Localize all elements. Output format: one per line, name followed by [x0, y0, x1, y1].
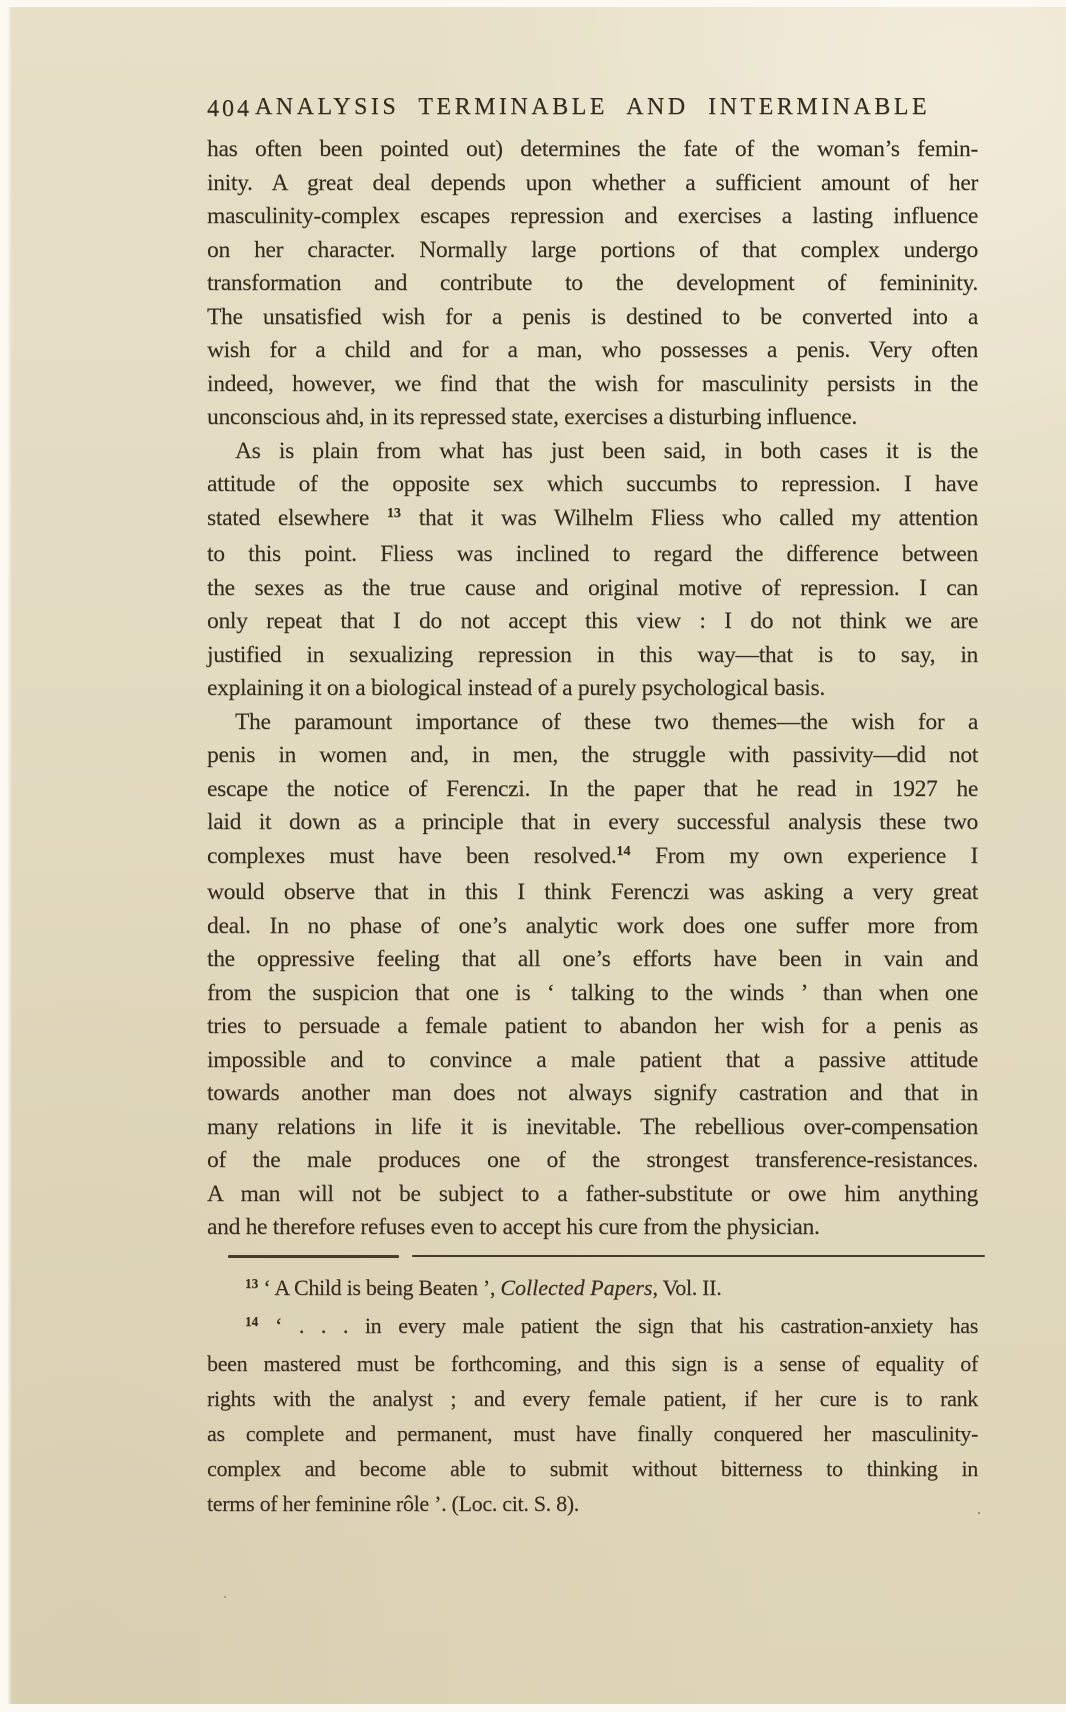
text-line: justified in sexualizing repression in t…	[207, 639, 978, 673]
text-line: explaining it on a biological instead of…	[207, 672, 978, 706]
page-header: 404 ANALYSIS TERMINABLE AND INTERMINABLE	[207, 94, 978, 126]
ink-speck	[336, 410, 339, 413]
text-line: and he therefore refuses even to accept …	[207, 1211, 978, 1245]
text-line: The paramount importance of these two th…	[207, 706, 978, 740]
text-line: escape the notice of Ferenczi. In the pa…	[207, 773, 978, 807]
page-number: 404	[207, 96, 252, 123]
text-line: the oppressive feeling that all one’s ef…	[207, 943, 978, 977]
footnote-divider-segment-left	[228, 1255, 399, 1258]
text-line: deal. In no phase of one’s analytic work…	[207, 910, 978, 944]
text-line: rights with the analyst ; and every fema…	[207, 1381, 978, 1416]
text-line: The unsatisfied wish for a penis is dest…	[207, 301, 978, 335]
scan-edge-bottom	[0, 1704, 1066, 1712]
text-line: complexes must have been resolved.14 Fro…	[207, 840, 978, 877]
text-line: masculinity-complex escapes repression a…	[207, 200, 978, 234]
text-line: impossible and to convince a male patien…	[207, 1044, 978, 1078]
text-line: towards another man does not always sign…	[207, 1077, 978, 1111]
footnote-divider-segment-right	[412, 1255, 985, 1257]
text-line: laid it down as a principle that in ever…	[207, 806, 978, 840]
text-line: A man will not be subject to a father-su…	[207, 1178, 978, 1212]
text-line: tries to persuade a female patient to ab…	[207, 1010, 978, 1044]
text-line: inity. A great deal depends upon whether…	[207, 167, 978, 201]
text-line: indeed, however, we find that the wish f…	[207, 368, 978, 402]
text-line: unconscious and, in its repressed state,…	[207, 401, 978, 435]
text-line: been mastered must be forthcoming, and t…	[207, 1346, 978, 1381]
text-line: transformation and contribute to the dev…	[207, 267, 978, 301]
text-line: would observe that in this I think Feren…	[207, 876, 978, 910]
text-line: 13 ‘ A Child is being Beaten ’, Collecte…	[207, 1270, 978, 1308]
footnote-divider	[207, 1255, 978, 1259]
text-line: many relations in life it is inevitable.…	[207, 1111, 978, 1145]
text-line: to this point. Fliess was inclined to re…	[207, 538, 978, 572]
text-line: penis in women and, in men, the struggle…	[207, 739, 978, 773]
body-text: has often been pointed out) determines t…	[207, 133, 978, 1245]
text-line: of the male produces one of the stronges…	[207, 1144, 978, 1178]
ink-speck	[978, 1512, 980, 1514]
ink-speck	[224, 1596, 226, 1598]
text-line: as complete and permanent, must have fin…	[207, 1416, 978, 1451]
text-line: the sexes as the true cause and original…	[207, 572, 978, 606]
text-line: complex and become able to submit withou…	[207, 1451, 978, 1486]
text-line: wish for a child and for a man, who poss…	[207, 334, 978, 368]
scan-edge-top	[0, 0, 1066, 7]
text-line: stated elsewhere 13 that it was Wilhelm …	[207, 502, 978, 539]
text-line: As is plain from what has just been said…	[207, 435, 978, 469]
text-line: attitude of the opposite sex which succu…	[207, 468, 978, 502]
text-line: 14 ‘ . . . in every male patient the sig…	[207, 1308, 978, 1346]
book-page: 404 ANALYSIS TERMINABLE AND INTERMINABLE…	[0, 0, 1066, 1712]
footnotes: 13 ‘ A Child is being Beaten ’, Collecte…	[207, 1270, 978, 1521]
text-line: has often been pointed out) determines t…	[207, 133, 978, 167]
text-line: on her character. Normally large portion…	[207, 234, 978, 268]
scan-edge-left	[0, 0, 12, 1712]
text-line: only repeat that I do not accept this vi…	[207, 605, 978, 639]
running-title: ANALYSIS TERMINABLE AND INTERMINABLE	[247, 94, 938, 121]
text-line: from the suspicion that one is ‘ talking…	[207, 977, 978, 1011]
text-line: terms of her feminine rôle ’. (Loc. cit.…	[207, 1486, 978, 1521]
